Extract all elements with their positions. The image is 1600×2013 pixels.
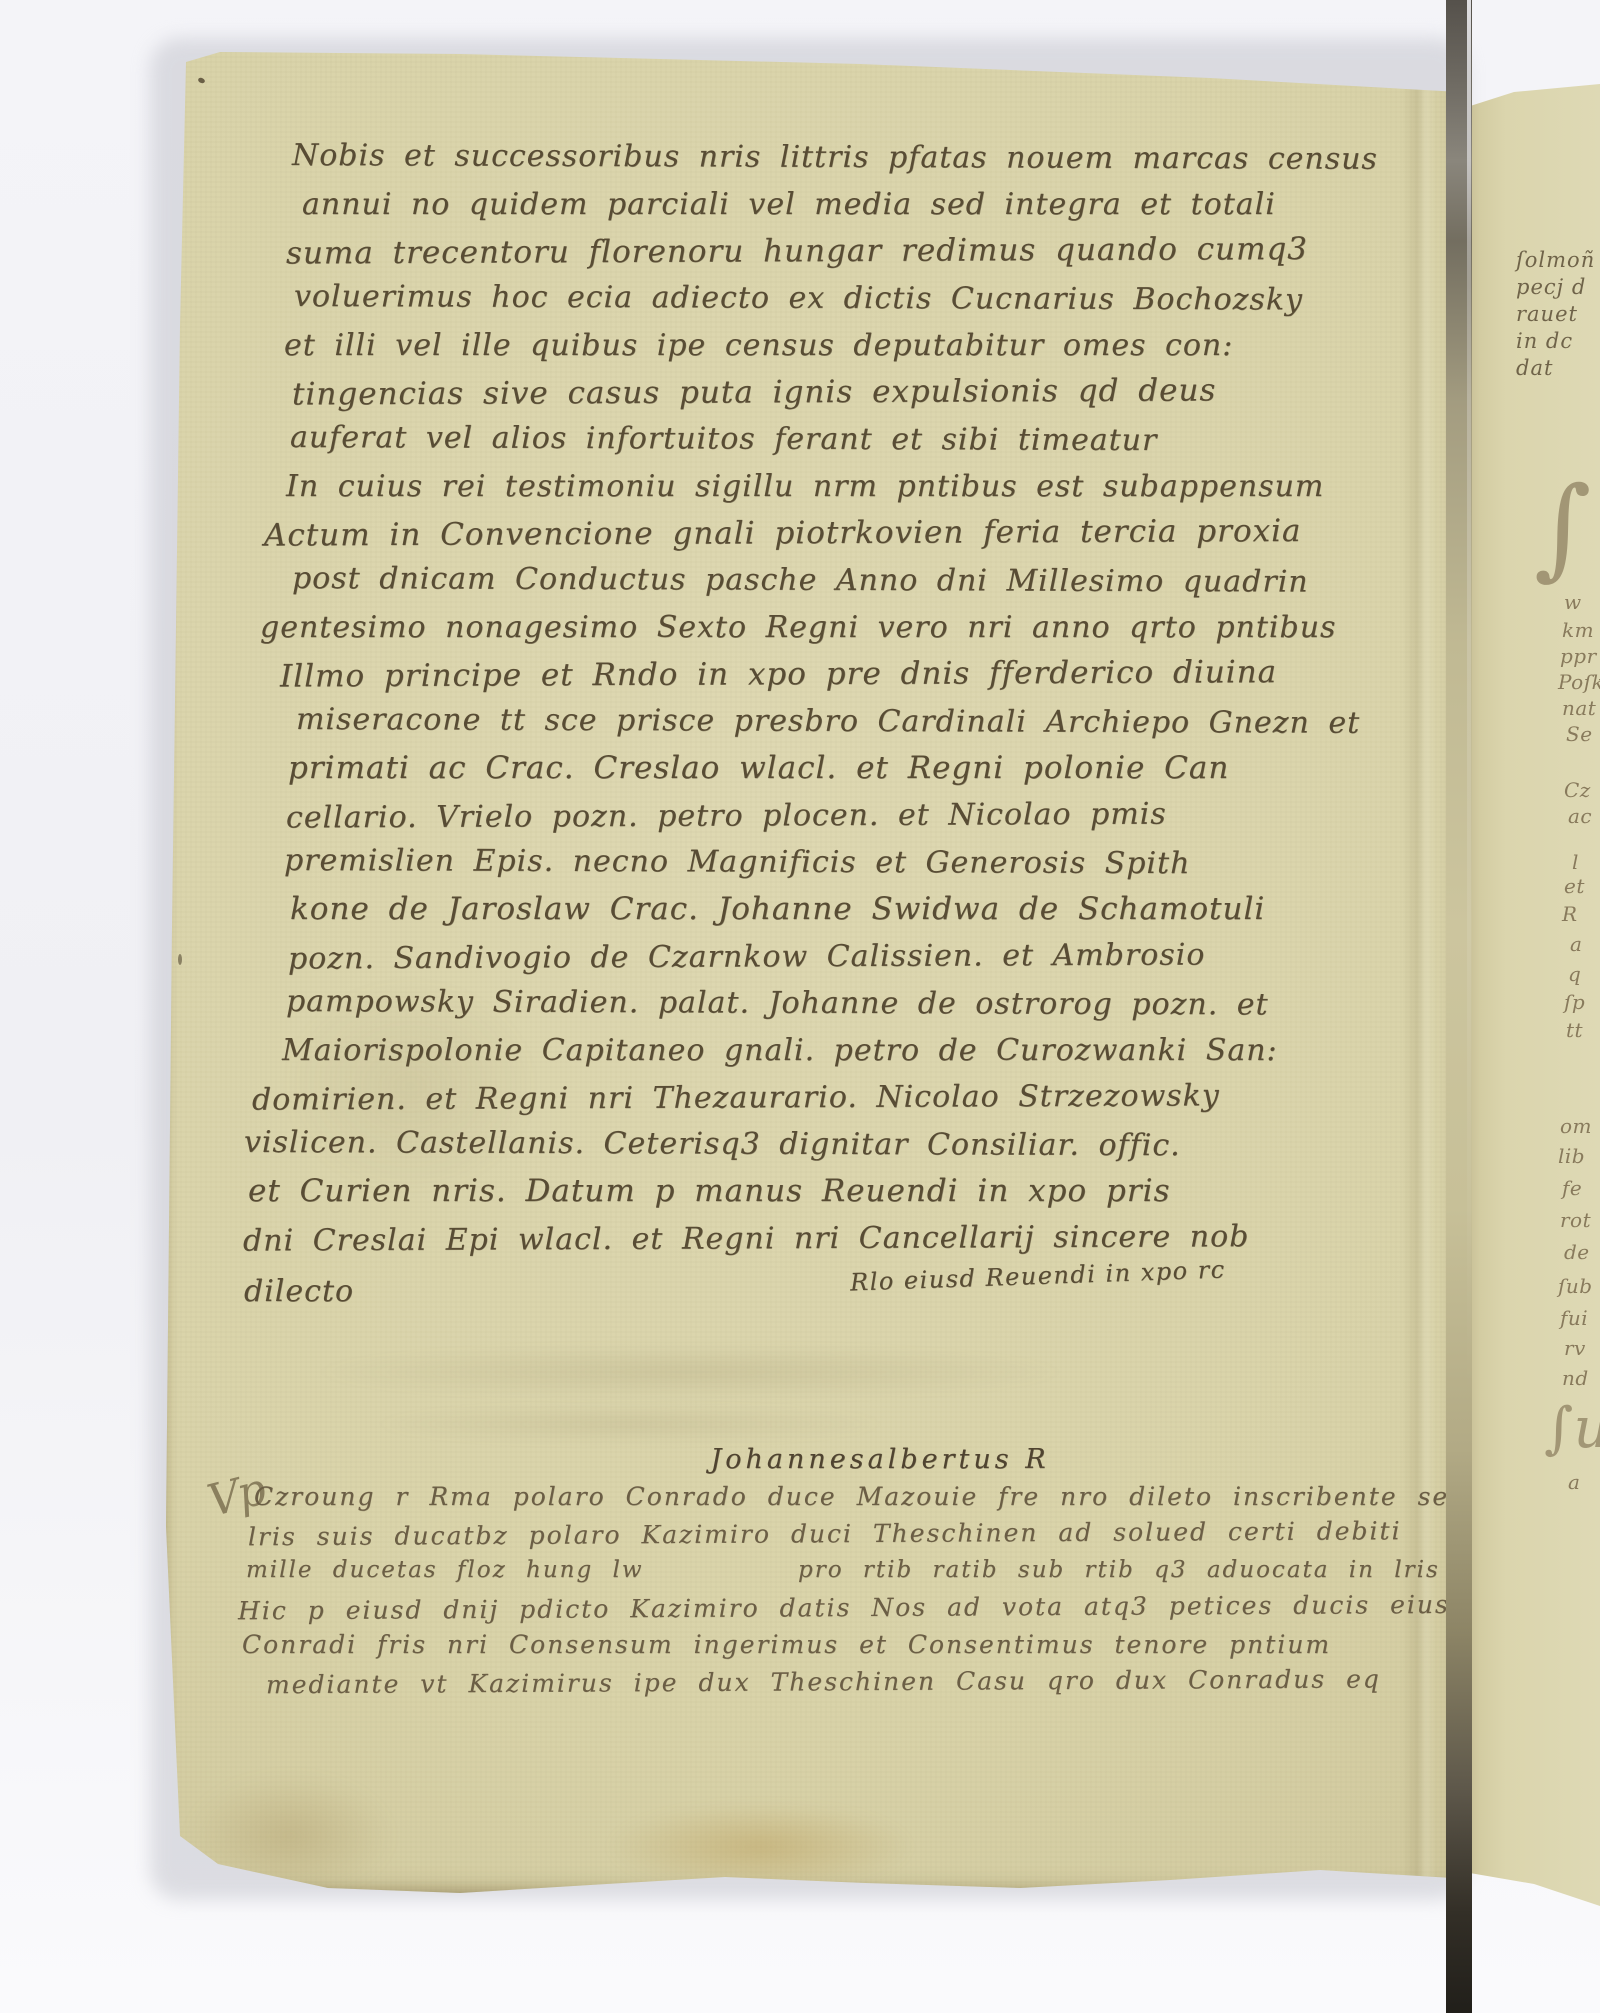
manuscript-page: Nobis et successoribus nris littris pfat…	[160, 26, 1464, 1898]
parchment-stain	[610, 1804, 910, 1890]
cutoff-text-fragment: w	[1564, 590, 1582, 614]
cutoff-text-fragment: R	[1562, 902, 1578, 926]
cutoff-text-fragment: a	[1568, 1470, 1580, 1494]
manuscript-text-line: vislicen. Castellanis. Ceterisq3 dignita…	[244, 1119, 1430, 1170]
manuscript-text-line: voluerimus hoc ecia adiecto ex dictis Cu…	[294, 273, 1430, 324]
cutoff-text-fragment: fe	[1562, 1176, 1582, 1200]
manuscript-text-line: lris suis ducatbz polaro Kazimiro duci T…	[248, 1512, 1496, 1556]
ink-showthrough-smudge	[370, 1404, 890, 1444]
manuscript-text-line: Actum in Convencione gnali piotrkovien f…	[264, 507, 1430, 559]
cutoff-text-fragment: l	[1572, 850, 1579, 874]
cutoff-text-fragment: rv	[1564, 1336, 1586, 1360]
manuscript-text-line: mille ducetas floz hung lw pro rtib rati…	[246, 1552, 1496, 1589]
cutoff-text-fragment: de	[1564, 1240, 1590, 1264]
cutoff-text-fragment: ∫	[1534, 463, 1592, 591]
manuscript-text-line: pampowsky Siradien. palat. Johanne de os…	[286, 978, 1430, 1029]
manuscript-text-line: Czroung r Rma polaro Conrado duce Mazoui…	[254, 1478, 1496, 1515]
manuscript-text-line: dni Creslai Epi wlacl. et Regni nri Canc…	[243, 1212, 1430, 1264]
lower-text-block: Czroung r Rma polaro Conrado duce Mazoui…	[246, 1478, 1496, 1700]
manuscript-text-line: tingencias sive casus puta ignis expulsi…	[292, 367, 1430, 419]
manuscript-text-line: primati ac Crac. Creslao wlacl. et Regni…	[288, 745, 1430, 792]
manuscript-text-line: cellario. Vrielo pozn. petro plocen. et …	[286, 790, 1430, 842]
cutoff-text-fragment: ſp	[1564, 990, 1585, 1014]
cutoff-text-fragment: Se	[1566, 722, 1593, 746]
manuscript-text-line: Illmo principe et Rndo in xpo pre dnis f…	[280, 648, 1430, 700]
main-text-block: Nobis et successoribus nris littris pfat…	[280, 134, 1430, 1262]
cutoff-text-fragment: km	[1562, 618, 1594, 642]
cutoff-text-fragment: ſub	[1558, 1274, 1593, 1298]
binding-gutter-rod	[1446, 0, 1472, 2013]
cutoff-text-fragment: ac	[1568, 804, 1592, 828]
entry-heading-johannes-albertus: Johannesalbertus R	[600, 1444, 1160, 1475]
cutoff-text-fragment: a	[1570, 932, 1582, 956]
manuscript-text-line: kone de Jaroslaw Crac. Johanne Swidwa de…	[290, 886, 1430, 933]
ink-showthrough-smudge	[310, 1344, 1070, 1400]
manuscript-text-line: et Curien nris. Datum p manus Reuendi in…	[248, 1168, 1430, 1215]
cutoff-text-fragment: nat	[1562, 696, 1596, 720]
cutoff-text-fragment: ∫u	[1544, 1396, 1600, 1461]
cutoff-text-fragment: tt	[1566, 1018, 1583, 1042]
cutoff-text-fragment: q	[1568, 962, 1581, 986]
facing-page-line-fragments: ∫wkmpprPoſknatSeCzacletRaqſpttomlibferot…	[1464, 78, 1600, 1914]
manuscript-text-line: pozn. Sandivogio de Czarnkow Calissien. …	[288, 931, 1430, 983]
ink-speck	[178, 954, 182, 965]
manuscript-text-line: post dnicam Conductus pasche Anno dni Mi…	[292, 555, 1430, 606]
manuscript-text-line: Nobis et successoribus nris littris pfat…	[292, 132, 1430, 183]
manuscript-text-line: miseracone tt sce prisce presbro Cardina…	[296, 696, 1430, 747]
cutoff-text-fragment: et	[1564, 874, 1585, 898]
manuscript-text-line: Conradi fris nri Consensum ingerimus et …	[242, 1626, 1496, 1663]
manuscript-text-line: mediante vt Kazimirus ipe dux Theschinen…	[266, 1660, 1496, 1703]
cutoff-text-fragment: om	[1560, 1114, 1592, 1138]
cutoff-text-fragment: fui	[1560, 1306, 1588, 1330]
scan-background: ſolmoñpecj drauetin dcdat ∫wkmpprPoſknat…	[0, 0, 1600, 2013]
cutoff-text-fragment: nd	[1562, 1366, 1589, 1390]
manuscript-text-line: domirien. et Regni nri Thezaurario. Nico…	[252, 1071, 1430, 1123]
manuscript-text-line: suma trecentoru florenoru hungar redimus…	[286, 226, 1430, 278]
cutoff-text-fragment: ppr	[1560, 644, 1597, 668]
cutoff-text-fragment: Poſk	[1558, 670, 1600, 694]
cutoff-text-fragment: lib	[1558, 1144, 1585, 1168]
manuscript-text-line: annui no quidem parciali vel media sed i…	[302, 181, 1430, 228]
closing-word: dilecto	[244, 1274, 354, 1309]
manuscript-text-line: Maiorispolonie Capitaneo gnali. petro de…	[282, 1027, 1430, 1074]
manuscript-text-line: auferat vel alios infortuitos ferant et …	[290, 414, 1430, 465]
cutoff-text-fragment: rot	[1560, 1208, 1591, 1232]
manuscript-text-line: premislien Epis. necno Magnificis et Gen…	[284, 837, 1430, 888]
manuscript-text-line: gentesimo nonagesimo Sexto Regni vero nr…	[260, 604, 1430, 651]
manuscript-text-line: et illi vel ille quibus ipe census deput…	[284, 322, 1430, 369]
facing-page-edge: ſolmoñpecj drauetin dcdat ∫wkmpprPoſknat…	[1464, 78, 1600, 1914]
cutoff-text-fragment: Cz	[1564, 778, 1591, 802]
manuscript-text-line: Hic p eiusd dnij pdicto Kazimiro datis N…	[238, 1586, 1496, 1630]
manuscript-text-line: In cuius rei testimoniu sigillu nrm pnti…	[286, 463, 1430, 510]
